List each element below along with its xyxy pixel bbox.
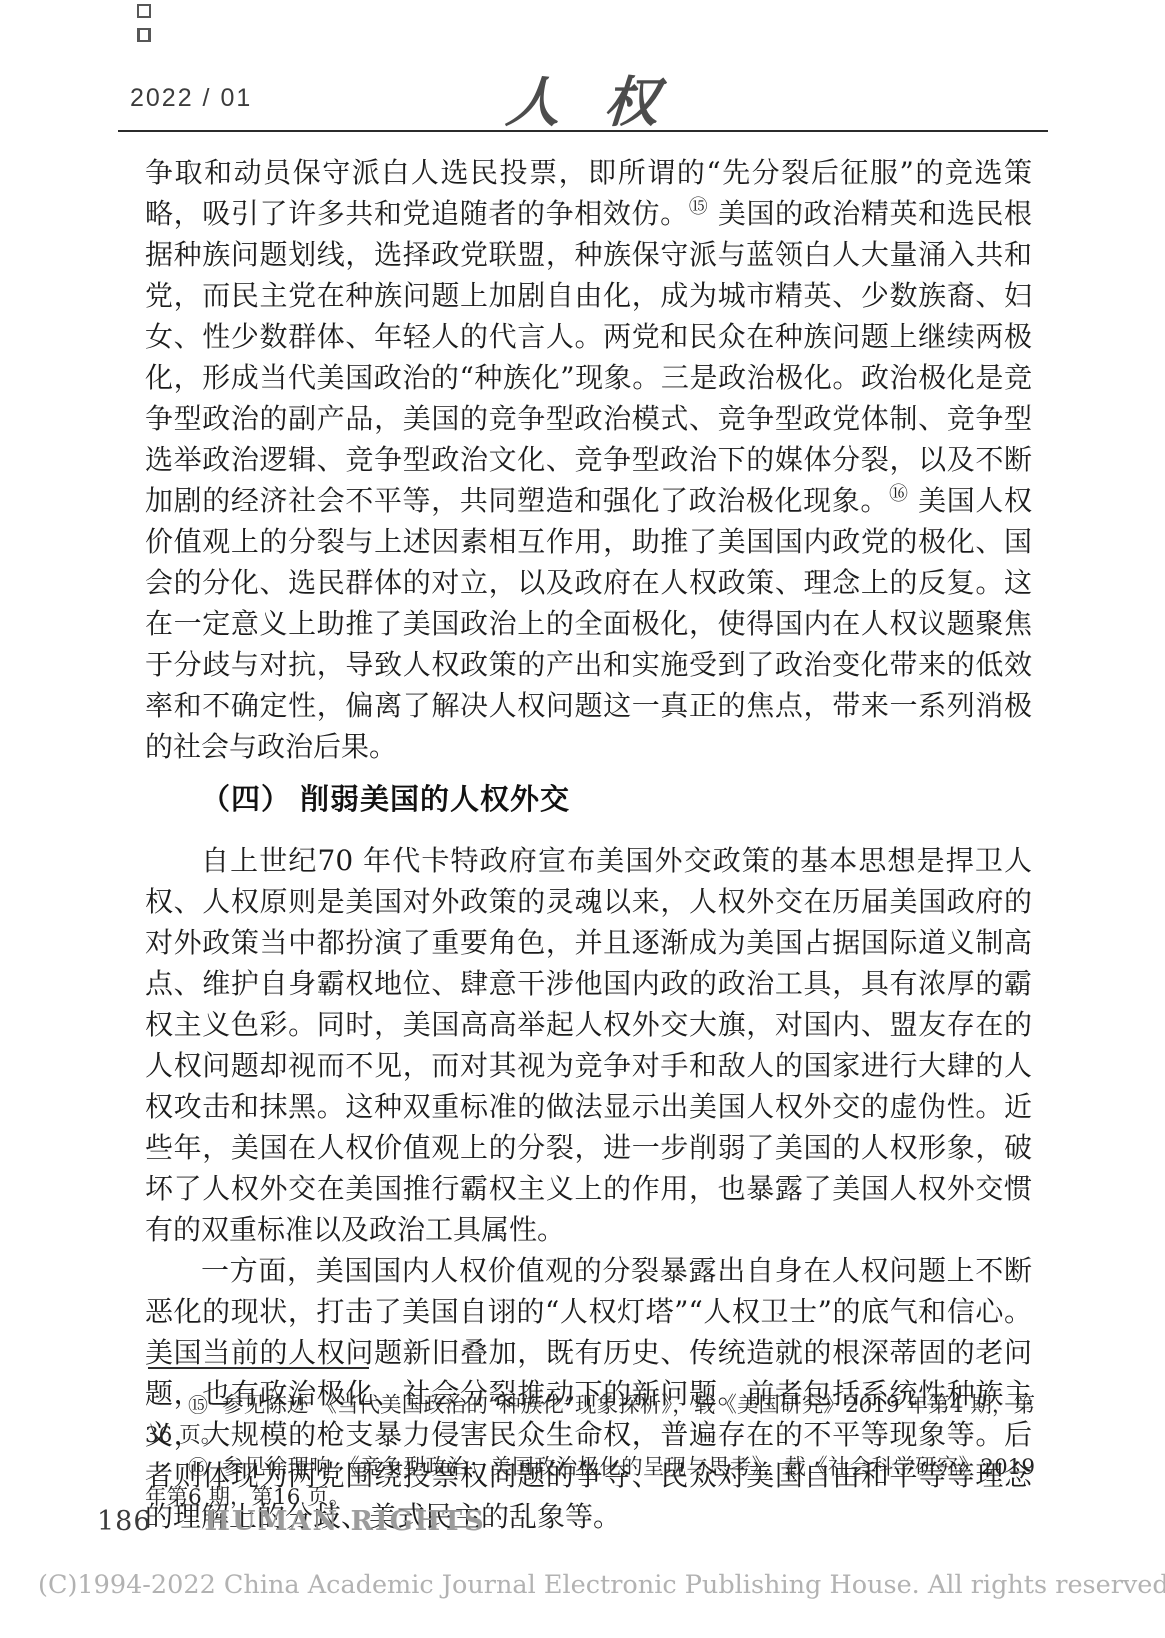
footnote-16-text: 参见徐理响 《竞争型政治：美国政治极化的呈现与思考》，载《社会科学研究》2019… <box>145 1455 1035 1510</box>
footnote-16-marker: ⑯ <box>188 1455 208 1479</box>
footnote-ref-16: ⑯ <box>889 483 909 505</box>
footnote-15: ⑮参见陈迹 《当代美国政治的“种族化”现象探析》，载《美国研究》2019 年第4… <box>145 1390 1035 1451</box>
journal-page: 2022 / 01 人权 争取和动员保守派白人选民投票，即所谓的“先分裂后征服”… <box>0 0 1165 1638</box>
footnote-15-text: 参见陈迹 《当代美国政治的“种族化”现象探析》，载《美国研究》2019 年第4 … <box>145 1393 1035 1448</box>
journal-name: HUMAN RIGHTS <box>205 1506 486 1537</box>
paragraph-1: 争取和动员保守派白人选民投票，即所谓的“先分裂后征服”的竞选策略，吸引了许多共和… <box>145 152 1032 767</box>
section-heading-4: （四） 削弱美国的人权外交 <box>145 780 1032 821</box>
footnote-separator <box>148 1367 369 1369</box>
page-number: 186 <box>97 1506 152 1537</box>
footnote-15-marker: ⑮ <box>188 1393 208 1417</box>
header-rule <box>118 130 1048 132</box>
scan-artifact-mark <box>137 28 151 42</box>
paragraph-1-text-b: 美国的政治精英和选民根据种族问题划线，选择政党联盟，种族保守派与蓝领白人大量涌入… <box>145 197 1032 517</box>
paragraph-1-text-c: 美国人权价值观上的分裂与上述因素相互作用，助推了美国国内政党的极化、国会的分化、… <box>145 484 1032 763</box>
page-footer: 186 HUMAN RIGHTS <box>97 1506 486 1537</box>
paragraph-2: 自上世纪70 年代卡特政府宣布美国外交政策的基本思想是捍卫人权、人权原则是美国对… <box>145 840 1032 1250</box>
journal-logo: 人权 <box>0 60 1165 137</box>
article-body: 争取和动员保守派白人选民投票，即所谓的“先分裂后征服”的竞选策略，吸引了许多共和… <box>145 152 1032 1537</box>
footnotes-block: ⑮参见陈迹 《当代美国政治的“种族化”现象探析》，载《美国研究》2019 年第4… <box>145 1390 1035 1514</box>
footnote-ref-15: ⑮ <box>689 196 709 218</box>
copyright-bar: (C)1994-2022 China Academic Journal Elec… <box>38 1570 1151 1600</box>
footnote-16: ⑯参见徐理响 《竞争型政治：美国政治极化的呈现与思考》，载《社会科学研究》201… <box>145 1452 1035 1513</box>
copyright-notice: (C)1994-2022 China Academic Journal Elec… <box>38 1570 1165 1600</box>
scan-artifact-mark <box>137 4 151 18</box>
scan-artifact <box>137 4 155 48</box>
